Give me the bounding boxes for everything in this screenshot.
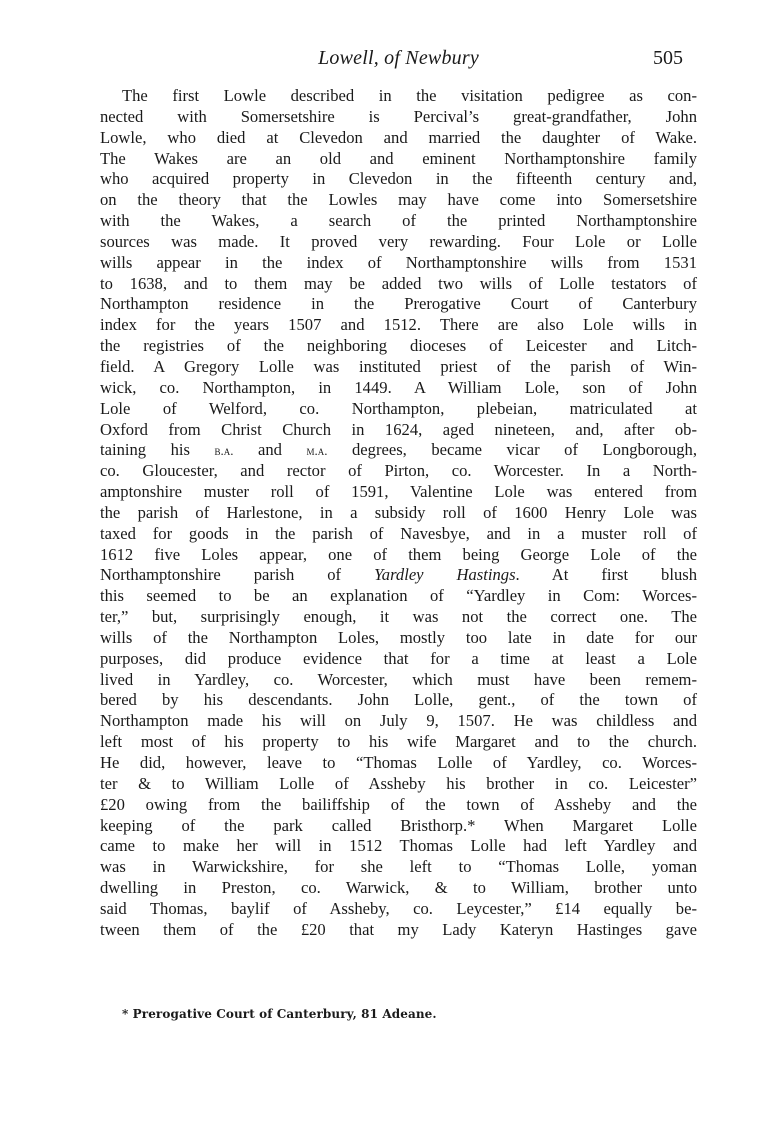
text-line: was in Warwickshire, for she left to “Th…	[100, 857, 697, 878]
text-segment: taining his	[100, 440, 214, 459]
text-line: with the Wakes, a search of the printed …	[100, 211, 697, 232]
text-line: wick, co. Northampton, in 1449. A Willia…	[100, 378, 697, 399]
text-line: Oxford from Christ Church in 1624, aged …	[100, 420, 697, 441]
text-line: £20 owing from the bailiffship of the to…	[100, 795, 697, 816]
text-line: Lole of Welford, co. Northampton, plebei…	[100, 399, 697, 420]
text-line: said Thomas, baylif of Assheby, co. Leyc…	[100, 899, 697, 920]
text-line: on the theory that the Lowles may have c…	[100, 190, 697, 211]
text-line: sources was made. It proved very rewardi…	[100, 232, 697, 253]
text-line: ter & to William Lolle of Assheby his br…	[100, 774, 697, 795]
text-line: bered by his descendants. John Lolle, ge…	[100, 690, 697, 711]
text-line: ter,” but, surprisingly enough, it was n…	[100, 607, 697, 628]
text-line: He did, however, leave to “Thomas Lolle …	[100, 753, 697, 774]
text-line: taxed for goods in the parish of Navesby…	[100, 524, 697, 545]
running-title: Lowell, of Newbury	[100, 47, 697, 70]
text-line: tween them of the £20 that my Lady Kater…	[100, 920, 697, 941]
footnote: * Prerogative Court of Canterbury, 81 Ad…	[122, 1007, 437, 1021]
text-line: the registries of the neighboring dioces…	[100, 336, 697, 357]
text-line: keeping of the park called Bristhorp.* W…	[100, 816, 697, 837]
text-line: field. A Gregory Lolle was instituted pr…	[100, 357, 697, 378]
text-line: the parish of Harlestone, in a subsidy r…	[100, 503, 697, 524]
running-head: Lowell, of Newbury 505	[100, 47, 697, 71]
text-line: purposes, did produce evidence that for …	[100, 649, 697, 670]
text-line: 1612 five Loles appear, one of them bein…	[100, 545, 697, 566]
text-line: this seemed to be an explanation of “Yar…	[100, 586, 697, 607]
text-line: came to make her will in 1512 Thomas Lol…	[100, 836, 697, 857]
text-line: to 1638, and to them may be added two wi…	[100, 274, 697, 295]
text-line: Northampton residence in the Prerogative…	[100, 294, 697, 315]
text-line: Lowle, who died at Clevedon and married …	[100, 128, 697, 149]
text-segment: Northamptonshire parish of	[100, 565, 374, 584]
text-line: left most of his property to his wife Ma…	[100, 732, 697, 753]
text-segment: . At first blush	[516, 565, 697, 584]
italic-place-name: Yardley Hastings	[374, 565, 515, 584]
document-page: Lowell, of Newbury 505 The first Lowle d…	[0, 0, 777, 1123]
text-line: lived in Yardley, co. Worcester, which m…	[100, 670, 697, 691]
text-line: who acquired property in Clevedon in the…	[100, 169, 697, 190]
text-line: nected with Somersetshire is Percival’s …	[100, 107, 697, 128]
text-segment: degrees, became vicar of Longborough,	[328, 440, 698, 459]
text-line-degrees: taining his b.a. and m.a. degrees, becam…	[100, 440, 697, 461]
text-line: Northampton made his will on July 9, 150…	[100, 711, 697, 732]
text-segment: and	[234, 440, 307, 459]
text-line: The first Lowle described in the visitat…	[100, 86, 697, 107]
text-line-yardley-hastings: Northamptonshire parish of Yardley Hasti…	[100, 565, 697, 586]
text-line: dwelling in Preston, co. Warwick, & to W…	[100, 878, 697, 899]
degree-abbrev-ma: m.a.	[306, 443, 327, 458]
text-line: The Wakes are an old and eminent Northam…	[100, 149, 697, 170]
degree-abbrev-ba: b.a.	[214, 443, 233, 458]
text-line: wills appear in the index of Northampton…	[100, 253, 697, 274]
text-line: co. Gloucester, and rector of Pirton, co…	[100, 461, 697, 482]
text-line: amptonshire muster roll of 1591, Valenti…	[100, 482, 697, 503]
body-paragraph: The first Lowle described in the visitat…	[100, 86, 697, 941]
text-line: wills of the Northampton Loles, mostly t…	[100, 628, 697, 649]
page-number: 505	[653, 47, 683, 70]
text-line: index for the years 1507 and 1512. There…	[100, 315, 697, 336]
